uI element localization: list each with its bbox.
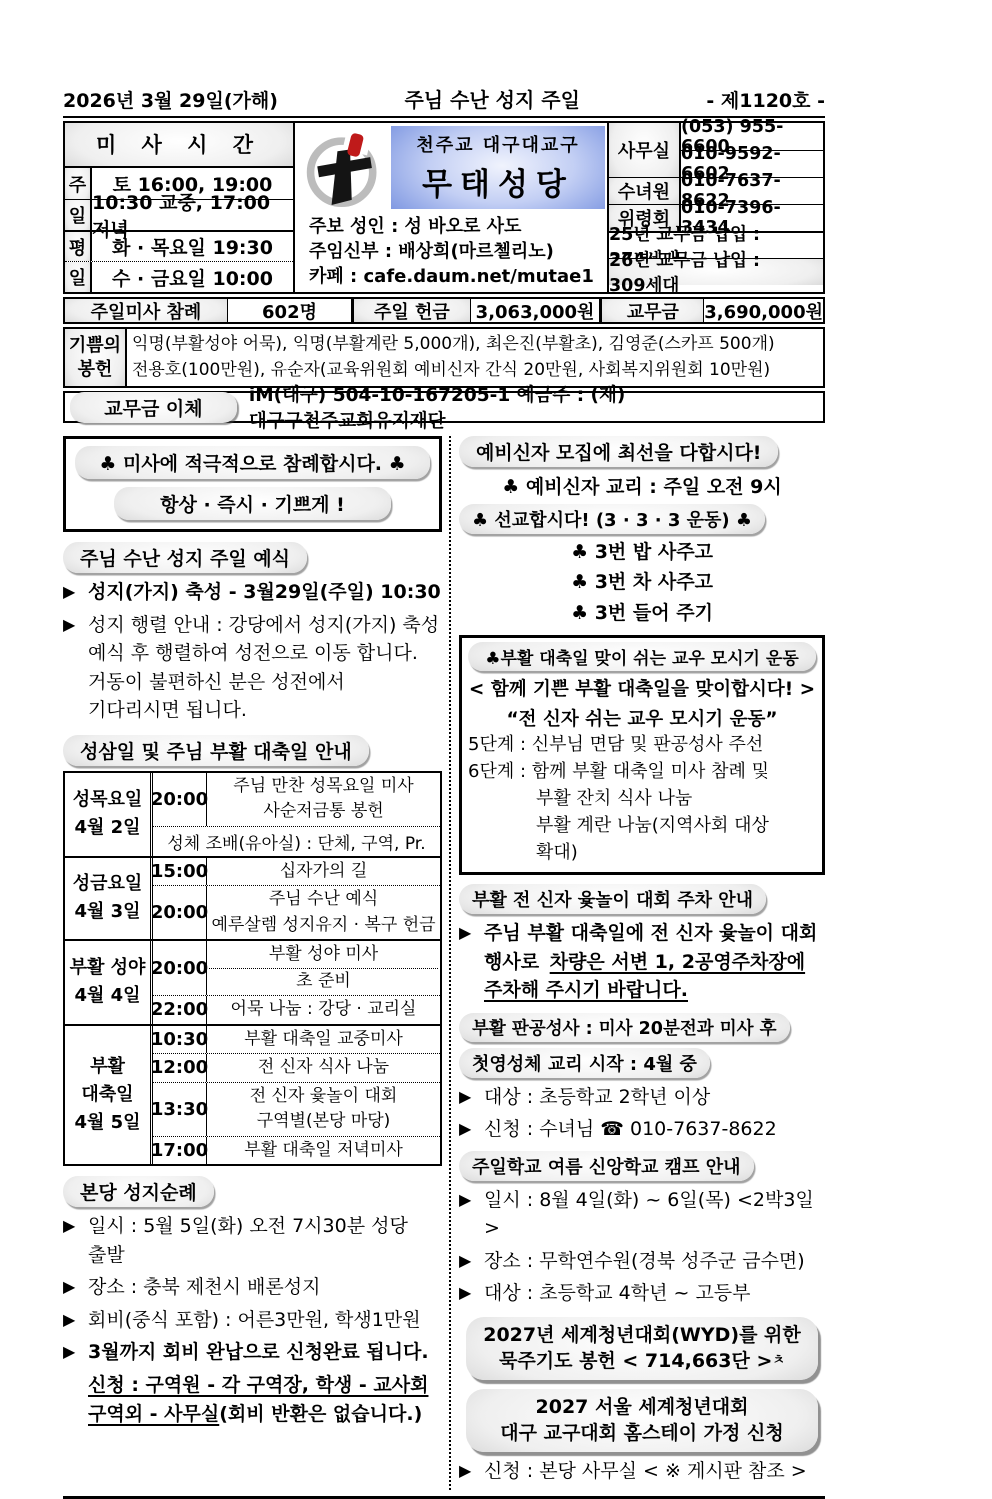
palm-bullet-2: ▶ 성지 행렬 안내 : 강당에서 성지(가지) 축성 예식 후 행렬하여 성전… — [63, 611, 442, 725]
mission-list: ♣ 3번 밥 사주고 ♣ 3번 차 사주고 ♣ 3번 들어 주기 — [571, 537, 713, 628]
easter-step-6c: 부활 계란 나눔(지역사회 대상 확대) — [536, 812, 816, 866]
bullet-text: 신청 : 본당 사무실 < ※ 게시판 참조 > — [484, 1457, 825, 1486]
tri-desc-cell: 전 신자 식사 나눔 — [207, 1054, 440, 1082]
tri-day-line: 4월 4일 — [74, 982, 140, 1010]
homestay-banner: 2027 서울 세계청년대회 대구 교구대회 홈스테이 가정 신청 — [466, 1389, 817, 1452]
easter-line-2: “전 신자 쉬는 교우 모시기 운동” — [468, 705, 816, 731]
section-title-confession: 부활 판공성사 : 미사 20분전과 미사 후 — [459, 1013, 790, 1042]
pilgrimage-bullet-1: ▶ 일시 : 5월 5일(화) 오전 7시30분 성당 출발 — [63, 1212, 442, 1269]
bullet-arrow-icon: ▶ — [63, 1338, 88, 1367]
offering-value: 3,063,000원 — [471, 299, 603, 322]
tri-entry: 20:00 주님 수난 예식 예루살렘 성지유지 · 복구 헌금 — [153, 885, 440, 939]
contact-table: 사무실 (053) 955-6600 010-9592-6602 수녀원 010… — [607, 121, 825, 294]
tri-day-cell: 성금요일 4월 3일 — [65, 858, 153, 940]
bullet-text: 일시 : 8월 4일(화) ~ 6일(목) <2박3일> — [484, 1186, 825, 1243]
contact-grid: 사무실 (053) 955-6600 010-9592-6602 수녀원 010… — [609, 123, 823, 231]
church-name-box: 천주교 대구대교구 무태성당 — [391, 126, 605, 209]
triduum-group: 부활 대축일 4월 5일 10:30 부활 대축일 교중미사 12:00 전 신… — [65, 1024, 440, 1165]
tri-time-cell: 13:30 — [153, 1083, 207, 1136]
tri-day-line: 4월 3일 — [74, 898, 140, 926]
contact-label-convent: 수녀원 — [609, 177, 679, 204]
bulletin-page: 2026년 3월 29일(가해) 주님 수난 성지 주일 - 제1120호 - … — [63, 84, 825, 1499]
day-label: 평 — [65, 232, 92, 261]
content-columns: ♣ 미사에 적극적으로 참례합시다. ♣ 항상 · 즉시 · 기쁘게 ! 주님 … — [63, 436, 825, 1499]
easter-line-1: < 함께 기쁜 부활 대축일을 맞이합시다! > — [468, 675, 816, 701]
transfer-pill: 교무금 이체 — [70, 392, 237, 423]
pastor-line: 주임신부 : 배상희(마르첼리노) — [309, 240, 605, 265]
mission-item: ♣ 3번 밥 사주고 — [571, 537, 713, 567]
tri-entry: 22:00 어묵 나눔 : 강당 · 교리실 — [153, 995, 440, 1024]
church-identity-top: 천주교 대구대교구 무태성당 — [299, 126, 605, 210]
palm-bullet-1: ▶ 성지(가지) 축성 - 3월29일(주일) 10:30 — [63, 578, 442, 607]
triduum-group: 성목요일 4월 2일 20:00 주님 만찬 성목요일 미사 사순저금통 봉헌 — [65, 773, 440, 856]
pilgrimage-bullet-2: ▶ 장소 : 충북 제천시 배론성지 — [63, 1273, 442, 1302]
tri-day-line: 4월 5일 — [74, 1109, 140, 1137]
camp-bullet-1: ▶ 일시 : 8월 4일(화) ~ 6일(목) <2박3일> — [459, 1186, 825, 1243]
section-title-first-communion: 첫영성체 교리 시작 : 4월 중 — [459, 1048, 710, 1078]
tri-entry: 20:00 주님 만찬 성목요일 미사 사순저금통 봉헌 — [153, 773, 440, 826]
bullet-text: 장소 : 무학연수원(경북 성주군 금수면) — [484, 1247, 825, 1276]
tri-day-line: 성목요일 — [73, 786, 143, 814]
triduum-table: 성목요일 4월 2일 20:00 주님 만찬 성목요일 미사 사순저금통 봉헌 — [63, 771, 442, 1167]
first-communion-bullet-2: ▶ 신청 : 수녀님 ☎ 010-7637-8622 — [459, 1115, 825, 1144]
section-title-pilgrimage: 본당 성지순례 — [63, 1176, 214, 1207]
slogan-box: ♣ 미사에 적극적으로 참례합시다. ♣ 항상 · 즉시 · 기쁘게 ! — [63, 436, 442, 532]
transfer-text: iM(대구) 504-10-167205-1 예금주 : (재)대구구천주교회유… — [249, 381, 818, 433]
tri-day-line: 대축일 — [81, 1081, 133, 1109]
transfer-row: 교무금 이체 iM(대구) 504-10-167205-1 예금주 : (재)대… — [63, 391, 825, 423]
section-title-triduum: 성삼일 및 주님 부활 대축일 안내 — [63, 735, 369, 766]
dues-value: 3,690,000원 — [704, 299, 823, 322]
tri-day-cell: 부활 대축일 4월 5일 — [65, 1026, 153, 1165]
issue-date: 2026년 3월 29일(가해) — [63, 86, 278, 113]
mass-time-text: 수 · 금요일 10:00 — [92, 262, 293, 292]
section-title-easter-campaign: ♣부활 대축일 맞이 쉬는 교우 모시기 운동 — [468, 642, 816, 671]
pilgrimage-note-2: 구역외 - 사무실(회비 반환은 없습니다.) — [88, 1400, 442, 1429]
tri-time-cell: 20:00 — [153, 886, 207, 939]
top-header: 2026년 3월 29일(가해) 주님 수난 성지 주일 - 제1120호 - — [63, 84, 825, 118]
tri-day-cell: 성목요일 4월 2일 — [65, 773, 153, 856]
bullet-text: 회비(중식 포함) : 어른3만원, 학생1만원 — [88, 1306, 442, 1335]
tri-time-cell: 10:30 — [153, 1026, 207, 1054]
parking-bullet-text: 주님 부활 대축일에 전 신자 윷놀이 대회 행사로 차량은 서변 1, 2공영… — [484, 919, 825, 1005]
tri-desc-cell: 십자가의 길 — [207, 858, 440, 886]
easter-step-6: 6단계 : 함께 부활 대축일 미사 참례 및 — [468, 758, 816, 785]
bullet-text: 신청 : 수녀님 ☎ 010-7637-8622 — [484, 1115, 825, 1144]
bullet-arrow-icon: ▶ — [459, 1115, 484, 1144]
tri-desc-cell: 부활 성야 미사 초 준비 — [207, 941, 440, 995]
mission-item: ♣ 3번 들어 주기 — [571, 598, 713, 628]
section-title-parking: 부활 전 신자 윷놀이 대회 주차 안내 — [459, 884, 766, 914]
mass-time-text: 10:30 교중, 17:00 저녁 — [92, 200, 293, 230]
bullet-arrow-icon: ▶ — [459, 919, 484, 1005]
first-communion-bullet-1: ▶ 대상 : 초등학교 2학년 이상 — [459, 1083, 825, 1112]
section-title-summer-camp: 주일학교 여름 신앙학교 캠프 안내 — [459, 1151, 754, 1181]
mass-times-table: 미 사 시 간 주 토 16:00, 19:00 일 10:30 교중, 17:… — [63, 121, 295, 294]
mass-row: 평 화 · 목요일 19:30 — [65, 230, 293, 261]
tri-time-cell: 15:00 — [153, 858, 207, 886]
section-title-mission: ♣ 선교합시다! (3 · 3 · 3 운동) ♣ — [459, 504, 765, 534]
tri-day-line: 부활 성야 — [70, 954, 146, 982]
tri-day-line: 4월 2일 — [74, 814, 140, 842]
catechumen-class-line: ♣ 예비신자 교리 : 주일 오전 9시 — [459, 472, 825, 499]
bullet-text: 일시 : 5월 5일(화) 오전 7시30분 성당 출발 — [88, 1212, 442, 1269]
joy-label-line2: 봉헌 — [78, 358, 113, 381]
tri-entry: 17:00 부활 대축일 저녁미사 — [153, 1136, 440, 1165]
tri-day-line: 성금요일 — [73, 870, 143, 898]
tri-time-cell: 12:00 — [153, 1054, 207, 1082]
church-name: 무태성당 — [422, 159, 574, 204]
slogan-pill-1: ♣ 미사에 적극적으로 참례합시다. ♣ — [75, 446, 430, 479]
camp-bullet-2: ▶ 장소 : 무학연수원(경북 성주군 금수면) — [459, 1247, 825, 1276]
joy-text-line2: 전용호(100만원), 유순자(교육위원회 예비신자 간식 20만원, 사회복지… — [132, 358, 818, 384]
tri-desc-cell: 전 신자 윷놀이 대회 구역별(본당 마당) — [207, 1083, 440, 1136]
triduum-group: 부활 성야 4월 4일 20:00 부활 성야 미사 초 준비 22:00 — [65, 939, 440, 1024]
bullet-arrow-icon: ▶ — [459, 1083, 484, 1112]
offering-label: 주일 헌금 — [354, 299, 471, 322]
diocese-logo-icon — [299, 126, 391, 210]
bullet-text: 대상 : 초등학교 4학년 ~ 고등부 — [484, 1279, 825, 1308]
bullet-arrow-icon: ▶ — [459, 1457, 484, 1486]
dues-row-26: 26년 교무금 납입 : 309세대 — [609, 258, 823, 285]
day-label: 일 — [65, 200, 92, 230]
slogan-pill-2: 항상 · 즉시 · 기쁘게 ! — [114, 487, 391, 520]
cafe-line: 카페 : cafe.daum.net/mutae1 — [309, 265, 605, 290]
left-column: ♣ 미사에 적극적으로 참례합시다. ♣ 항상 · 즉시 · 기쁘게 ! 주님 … — [63, 436, 451, 1490]
wyd-superscript: ㅊ — [772, 1353, 785, 1368]
tri-desc-cell: 주님 만찬 성목요일 미사 사순저금통 봉헌 — [207, 773, 440, 826]
bullet-arrow-icon: ▶ — [63, 1212, 88, 1269]
triduum-group: 성금요일 4월 3일 15:00 십자가의 길 20:00 주님 수난 예식 — [65, 856, 440, 940]
joy-offering-text: 익명(부활성야 어묵), 익명(부활계란 5,000개), 최은진(부활초), … — [127, 329, 823, 386]
tri-time-cell: 20:00 — [153, 941, 207, 995]
wyd-rosary-banner: 2027년 세계청년대회(WYD)를 위한 묵주기도 봉헌 < 714,663단… — [466, 1317, 817, 1380]
bullet-arrow-icon: ▶ — [459, 1186, 484, 1243]
bullet-text: 성지(가지) 축성 - 3월29일(주일) 10:30 — [88, 578, 442, 607]
mass-times-header: 미 사 시 간 — [65, 123, 293, 168]
tri-time-cell: 17:00 — [153, 1137, 207, 1165]
bullet-text: 장소 : 충북 제천시 배론성지 — [88, 1273, 442, 1302]
diocese-name: 천주교 대구대교구 — [416, 131, 579, 157]
bullet-arrow-icon: ▶ — [459, 1247, 484, 1276]
joy-offering-row: 기쁨의 봉헌 익명(부활성야 어묵), 익명(부활계란 5,000개), 최은진… — [63, 327, 825, 388]
tri-desc-cell: 어묵 나눔 : 강당 · 교리실 — [207, 996, 440, 1024]
camp-bullet-3: ▶ 대상 : 초등학교 4학년 ~ 고등부 — [459, 1279, 825, 1308]
day-label: 일 — [65, 262, 92, 292]
mass-time-text: 화 · 목요일 19:30 — [92, 232, 293, 261]
stats-row: 주일미사 참례 602명 주일 헌금 3,063,000원 교무금 3,690,… — [63, 297, 825, 324]
mission-item: ♣ 3번 차 사주고 — [571, 567, 713, 597]
homestay-bullet: ▶ 신청 : 본당 사무실 < ※ 게시판 참조 > — [459, 1457, 825, 1486]
attendance-value: 602명 — [228, 299, 354, 322]
tri-full-cell: 성체 조배(유아실) : 단체, 구역, Pr. — [153, 827, 440, 856]
patron-line: 주보 성인 : 성 바오로 사도 — [309, 215, 605, 240]
church-info-lines: 주보 성인 : 성 바오로 사도 주임신부 : 배상희(마르첼리노) 카페 : … — [299, 210, 605, 289]
bullet-arrow-icon: ▶ — [63, 1273, 88, 1302]
easter-step-5: 5단계 : 신부님 면담 및 판공성사 주선 — [468, 731, 816, 758]
tri-entry: 10:30 부활 대축일 교중미사 — [153, 1026, 440, 1054]
pilgrimage-bullet-4: ▶ 3월까지 회비 완납으로 신청완료 됩니다. — [63, 1338, 442, 1367]
tri-day-cell: 부활 성야 4월 4일 — [65, 941, 153, 1024]
tri-entry: 성체 조배(유아실) : 단체, 구역, Pr. — [153, 826, 440, 856]
bullet-arrow-icon: ▶ — [63, 611, 88, 725]
joy-offering-label: 기쁨의 봉헌 — [65, 329, 127, 386]
bullet-text: 대상 : 초등학교 2학년 이상 — [484, 1083, 825, 1112]
tri-time-cell: 22:00 — [153, 996, 207, 1024]
tri-entry: 12:00 전 신자 식사 나눔 — [153, 1053, 440, 1082]
easter-campaign-box: ♣부활 대축일 맞이 쉬는 교우 모시기 운동 < 함께 기쁜 부활 대축일을 … — [459, 635, 825, 875]
tri-entry: 15:00 십자가의 길 — [153, 858, 440, 886]
tri-day-line: 부활 — [90, 1053, 125, 1081]
tri-desc-cell: 부활 대축일 저녁미사 — [207, 1137, 440, 1165]
pilgrimage-note-1: 신청 : 구역원 - 각 구역장, 학생 - 교사회 — [88, 1371, 442, 1400]
mass-row: 일 10:30 교중, 17:00 저녁 — [65, 199, 293, 230]
joy-label-line1: 기쁨의 — [69, 334, 121, 357]
right-column: 예비신자 모집에 최선을 다합시다! ♣ 예비신자 교리 : 주일 오전 9시 … — [451, 436, 825, 1490]
tri-entry: 20:00 부활 성야 미사 초 준비 — [153, 941, 440, 995]
dues-label: 교무금 — [602, 299, 704, 322]
attendance-label: 주일미사 참례 — [65, 299, 228, 322]
bullet-text: 성지 행렬 안내 : 강당에서 성지(가지) 축성 예식 후 행렬하여 성전으로… — [88, 611, 442, 725]
mass-row: 일 수 · 금요일 10:00 — [65, 261, 293, 292]
parking-bullet: ▶ 주님 부활 대축일에 전 신자 윷놀이 대회 행사로 차량은 서변 1, 2… — [459, 919, 825, 1005]
bullet-text: 3월까지 회비 완납으로 신청완료 됩니다. — [88, 1338, 442, 1367]
church-identity-box: 천주교 대구대교구 무태성당 주보 성인 : 성 바오로 사도 주임신부 : 배… — [295, 121, 607, 294]
page-title: 주님 수난 성지 주일 — [404, 84, 579, 113]
tri-desc-cell: 주님 수난 예식 예루살렘 성지유지 · 복구 헌금 — [207, 886, 440, 939]
easter-step-6b: 부활 잔치 식사 나눔 — [536, 785, 816, 812]
bullet-arrow-icon: ▶ — [63, 578, 88, 607]
section-title-catechumen: 예비신자 모집에 최선을 다합시다! — [459, 436, 778, 467]
contact-label-office: 사무실 — [609, 123, 679, 177]
day-label: 주 — [65, 168, 92, 199]
tri-desc-cell: 부활 대축일 교중미사 — [207, 1026, 440, 1054]
pilgrimage-bullet-3: ▶ 회비(중식 포함) : 어른3만원, 학생1만원 — [63, 1306, 442, 1335]
section-title-palm-rite: 주님 수난 성지 주일 예식 — [63, 542, 307, 573]
bullet-arrow-icon: ▶ — [459, 1279, 484, 1308]
joy-text-line1: 익명(부활성야 어묵), 익명(부활계란 5,000개), 최은진(부활초), … — [132, 332, 818, 358]
bullet-arrow-icon: ▶ — [63, 1306, 88, 1335]
info-grid: 미 사 시 간 주 토 16:00, 19:00 일 10:30 교중, 17:… — [63, 121, 825, 294]
issue-number: - 제1120호 - — [706, 86, 825, 113]
tri-entry: 13:30 전 신자 윷놀이 대회 구역별(본당 마당) — [153, 1082, 440, 1136]
tri-time-cell: 20:00 — [153, 773, 207, 826]
